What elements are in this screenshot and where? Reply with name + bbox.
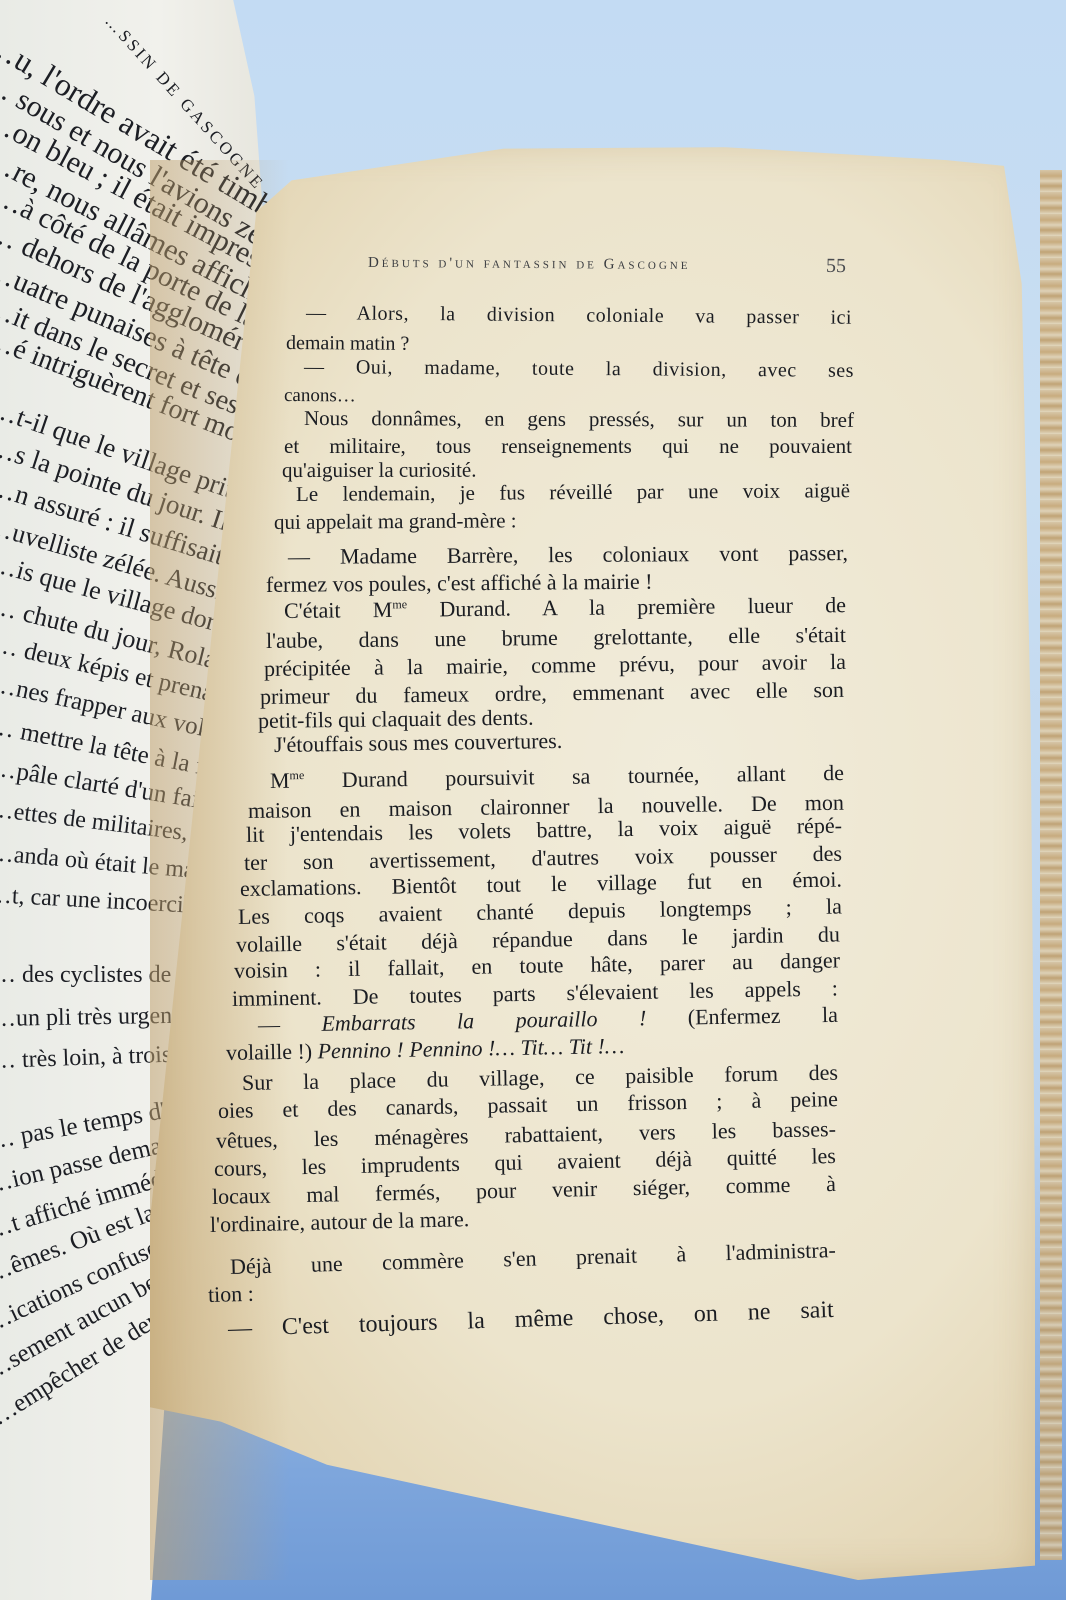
text-line: tion :: [208, 1281, 255, 1308]
running-head: Débuts d'un fantassin de Gascogne: [368, 255, 691, 274]
text-line: demain matin ?: [286, 332, 409, 356]
text-fragment: M: [270, 768, 290, 793]
text-line: Nous donnâmes, en gens pressés, sur un t…: [304, 406, 854, 433]
italic-fragment: Embarrats la pouraillo !: [321, 1005, 646, 1036]
text-line: — Madame Barrère, les coloniaux vont pas…: [288, 540, 848, 570]
text-fragment: Durand. A la première lueur de: [407, 592, 846, 622]
text-line: — Oui, madame, toute la division, avec s…: [304, 356, 854, 383]
text-fragment: —: [258, 1011, 322, 1037]
text-line: — Alors, la division coloniale va passer…: [306, 302, 852, 330]
text-line: qui appelait ma grand-mère :: [274, 508, 517, 535]
text-fragment: C'était M: [284, 597, 393, 623]
page-number: 55: [826, 255, 846, 278]
superscript: me: [392, 597, 407, 611]
text-line: et militaire, tous renseignements qui ne…: [284, 434, 852, 459]
text-line: J'étouffais sous mes couvertures.: [274, 728, 563, 758]
text-line: fermez vos poules, c'est affiché à la ma…: [266, 569, 653, 598]
text-fragment: (Enfermez la: [646, 1002, 838, 1030]
text-line: Le lendemain, je fus réveillé par une vo…: [296, 478, 850, 507]
text-fragment: volaille !): [226, 1038, 318, 1065]
page-edge: [1040, 170, 1062, 1560]
superscript: me: [289, 768, 304, 782]
text-line: qu'aiguiser la curiosité.: [282, 458, 477, 483]
italic-fragment: Pennino ! Pennino !… Tit… Tit !…: [317, 1033, 624, 1063]
text-line: canons…: [284, 385, 356, 407]
